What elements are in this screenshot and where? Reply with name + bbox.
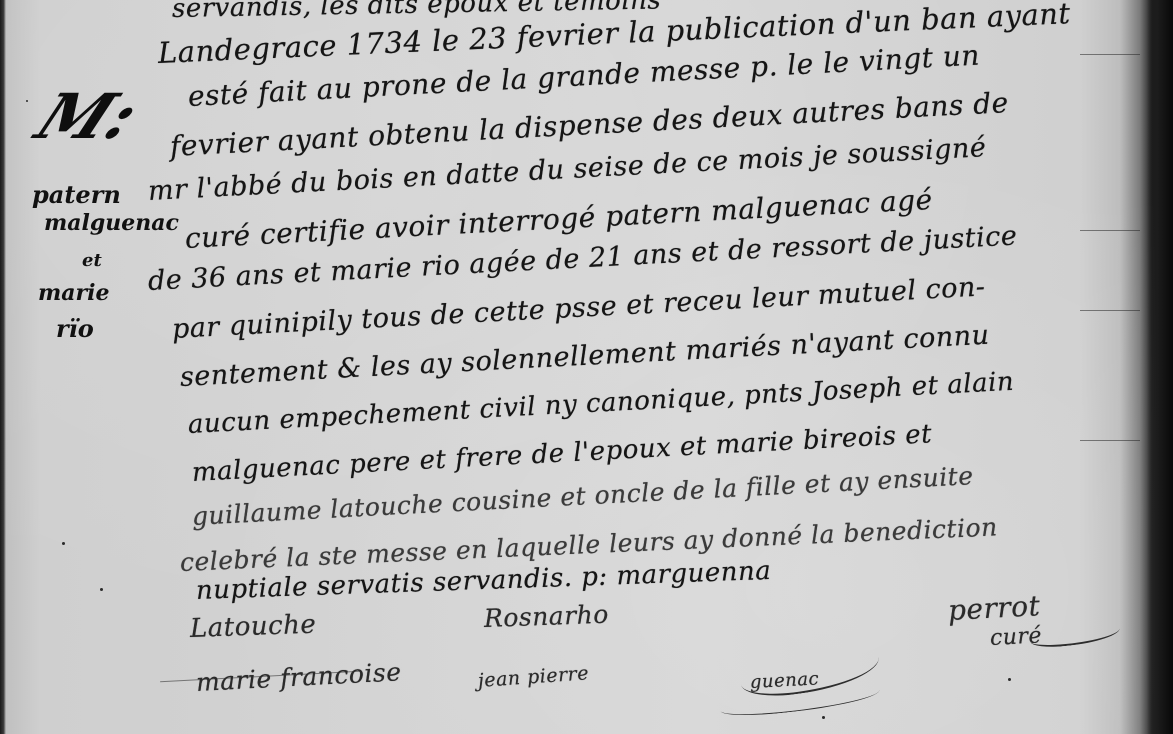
margin-marker: M: bbox=[25, 80, 151, 153]
signature-rosnarho: Rosnarho bbox=[483, 600, 609, 633]
binding-shadow bbox=[1147, 0, 1173, 734]
margin-name-surname: malguenac bbox=[44, 210, 179, 236]
document-scan: servandis, les dits epoux et temoins M: … bbox=[0, 0, 1173, 734]
signature-flourish bbox=[1029, 620, 1121, 649]
margin-name-bride-surname: rïo bbox=[56, 314, 94, 343]
paper-speck bbox=[62, 542, 65, 545]
ruled-line bbox=[1080, 230, 1140, 231]
margin-name-conjunction: et bbox=[82, 250, 102, 271]
signature-latouche: Latouche bbox=[189, 610, 316, 644]
ruled-line bbox=[1080, 440, 1140, 441]
page-left-edge bbox=[0, 0, 6, 734]
paper-speck bbox=[1008, 678, 1011, 681]
ruled-line bbox=[1080, 54, 1140, 55]
signature-perrot: perrot bbox=[947, 589, 1041, 627]
paper-speck bbox=[100, 588, 103, 591]
signature-jean-pierre: jean pierre bbox=[477, 662, 589, 692]
signature-marie-francoise: marie francoise bbox=[195, 657, 402, 697]
paper-speck bbox=[822, 716, 825, 719]
margin-name-bride-first: marie bbox=[38, 280, 109, 306]
paper-speck bbox=[26, 100, 28, 102]
margin-name-first: patern bbox=[32, 180, 121, 209]
ruled-line bbox=[1080, 310, 1140, 311]
